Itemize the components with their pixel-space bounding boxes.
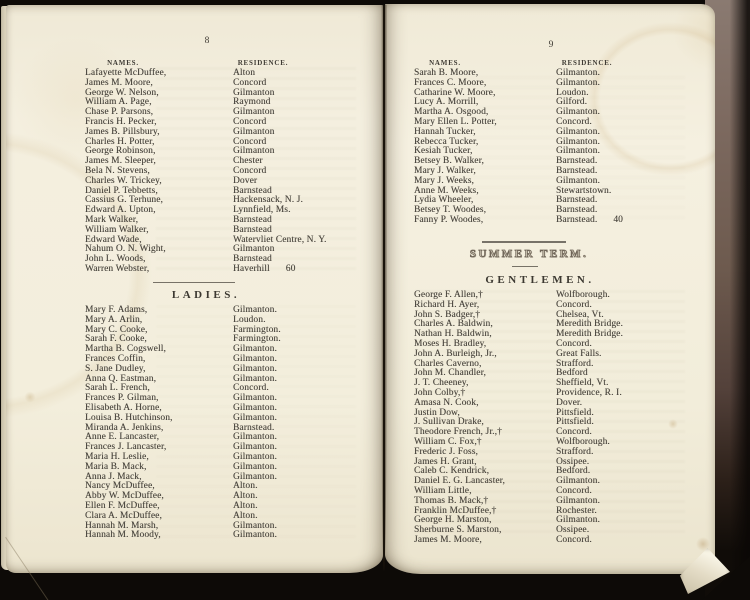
person-name: Mary J. Walker, (414, 166, 556, 176)
list-item: Francis H. Pecker, Concord (85, 117, 383, 127)
person-residence: Barnstead. (556, 205, 597, 215)
list-item: Mark Walker, Barnstead (85, 215, 383, 225)
list-item: Betsey B. Walker, Barnstead. (414, 156, 715, 166)
person-name: Sarah B. Moore, (414, 68, 556, 78)
person-residence: Gilmanton. (233, 472, 277, 482)
person-residence: Barnstead. (556, 156, 597, 166)
person-residence: Gilmanton (233, 88, 274, 98)
list-item: Martha A. Osgood, Gilmanton. (414, 107, 715, 117)
list-item: Frances Coffin, Gilmanton. (85, 354, 383, 364)
person-name: Anna Q. Eastman, (85, 374, 233, 384)
person-name: Nancy McDuffee, (85, 481, 233, 491)
person-residence: Concord (233, 78, 266, 88)
person-residence: Meredith Bridge. (556, 329, 623, 339)
list-item: Hannah M. Moody, Gilmanton. (85, 530, 383, 540)
list-item: Anna Q. Eastman, Gilmanton. (85, 374, 383, 384)
person-residence: Loudon. (233, 315, 266, 325)
list-item: John A. Burleigh, Jr., Great Falls. (414, 349, 715, 359)
list-item: Daniel E. G. Lancaster, Gilmanton. (414, 476, 715, 486)
person-name: Frances Coffin, (85, 354, 233, 364)
list-item: Hannah Tucker, Gilmanton. (414, 127, 715, 137)
person-name: Martha B. Cogswell, (85, 344, 233, 354)
person-residence: Rochester. (556, 506, 597, 516)
person-residence: Ossipee. (556, 457, 589, 467)
list-item: Edward A. Upton, Lynnfield, Ms. (85, 205, 383, 215)
person-name: Charles W. Trickey, (85, 176, 233, 186)
column-header-names: NAMES. (403, 59, 487, 67)
count-note: 40 (613, 215, 623, 225)
person-name: James B. Pillsbury, (85, 127, 233, 137)
list-item: Louisa B. Hutchinson, Gilmanton. (85, 413, 383, 423)
list-item: James M. Moore, Concord (85, 78, 383, 88)
list-item: Frances J. Lancaster, Gilmanton. (85, 442, 383, 452)
person-name: James M. Moore, (85, 78, 233, 88)
person-name: Miranda A. Jenkins, (85, 423, 233, 433)
page-number: 8 (187, 36, 227, 46)
list-item: Amasa N. Cook, Dover. (414, 398, 715, 408)
divider-rule (512, 266, 538, 267)
person-name: Edward Wade, (85, 235, 233, 245)
summer-term-heading: SUMMER TERM. (429, 248, 629, 260)
list-item: Betsey T. Woodes, Barnstead. (414, 205, 715, 215)
list-item: Theodore French, Jr.,† Concord. (414, 427, 715, 437)
person-name: Catharine W. Moore, (414, 88, 556, 98)
person-name: George F. Allen,† (414, 290, 556, 300)
person-residence: Barnstead (233, 225, 272, 235)
list-item: Frances C. Moore, Gilmanton. (414, 78, 715, 88)
person-name: Caleb C. Kendrick, (414, 466, 556, 476)
person-residence: Gilmanton. (233, 374, 277, 384)
person-name: Elisabeth A. Horne, (85, 403, 233, 413)
list-item: Fanny P. Woodes, Barnstead. 40 (414, 215, 715, 225)
person-residence: Wolfborough. (556, 290, 610, 300)
list-item: Richard H. Ayer, Concord. (414, 300, 715, 310)
list-item: Anne M. Weeks, Stewartstown. (414, 186, 715, 196)
person-name: Frances J. Lancaster, (85, 442, 233, 452)
page-number: 9 (531, 40, 571, 50)
person-name: Charles A. Baldwin, (414, 319, 556, 329)
gentlemen-heading: GENTLEMEN. (440, 274, 640, 286)
person-name: Anne E. Lancaster, (85, 432, 233, 442)
list-item: Thomas B. Mack,† Gilmanton. (414, 496, 715, 506)
person-residence: Concord (233, 137, 266, 147)
person-name: Daniel P. Tebbetts, (85, 186, 233, 196)
person-name: Nathan H. Baldwin, (414, 329, 556, 339)
person-residence: Gilmanton. (556, 68, 600, 78)
book-gutter (381, 5, 387, 571)
person-residence: Gilmanton. (233, 364, 277, 374)
person-name: James M. Moore, (414, 535, 556, 545)
list-item: George W. Nelson, Gilmanton (85, 88, 383, 98)
person-name: John M. Chandler, (414, 368, 556, 378)
person-residence: Farmington. (233, 334, 281, 344)
person-name: Hannah M. Marsh, (85, 521, 233, 531)
person-residence: Great Falls. (556, 349, 602, 359)
ladies-heading: LADIES. (101, 289, 311, 301)
person-residence: Gilmanton. (556, 137, 600, 147)
list-item: James H. Grant, Ossipee. (414, 457, 715, 467)
person-residence: Concord. (556, 117, 592, 127)
list-item: William Little, Concord. (414, 486, 715, 496)
list-item: Justin Dow, Pittsfield. (414, 408, 715, 418)
list-item: John S. Badger,† Chelsea, Vt. (414, 310, 715, 320)
person-residence: Gilmanton. (233, 442, 277, 452)
list-item: Mary Ellen L. Potter, Concord. (414, 117, 715, 127)
list-item: Mary F. Adams, Gilmanton. (85, 305, 383, 315)
person-name: Mary F. Adams, (85, 305, 233, 315)
person-residence: Gilmanton. (233, 305, 277, 315)
person-name: Lydia Wheeler, (414, 195, 556, 205)
person-name: Sarah F. Cooke, (85, 334, 233, 344)
person-name: Lafayette McDuffee, (85, 68, 233, 78)
person-name: Lucy A. Morrill, (414, 97, 556, 107)
person-name: Mary Ellen L. Potter, (414, 117, 556, 127)
list-item: James M. Sleeper, Chester (85, 156, 383, 166)
list-item: Chase P. Parsons, Gilmanton (85, 107, 383, 117)
list-item: George F. Allen,† Wolfborough. (414, 290, 715, 300)
person-name: Frances P. Gilman, (85, 393, 233, 403)
list-item: George H. Marston, Gilmanton. (414, 515, 715, 525)
person-name: Mark Walker, (85, 215, 233, 225)
list-item: Sarah L. French, Concord. (85, 383, 383, 393)
person-name: Mary A. Arlin, (85, 315, 233, 325)
ladies-list: Mary F. Adams, Gilmanton. Mary A. Arlin,… (6, 305, 383, 540)
person-name: John S. Badger,† (414, 310, 556, 320)
person-name: Sarah L. French, (85, 383, 233, 393)
person-name: Moses H. Bradley, (414, 339, 556, 349)
list-item: Maria H. Leslie, Gilmanton. (85, 452, 383, 462)
list-item: Nathan H. Baldwin, Meredith Bridge. (414, 329, 715, 339)
person-name: William A. Page, (85, 97, 233, 107)
person-residence: Gilmanton. (233, 344, 277, 354)
person-name: Amasa N. Cook, (414, 398, 556, 408)
list-item: James B. Pillsbury, Gilmanton (85, 127, 383, 137)
person-name: George Robinson, (85, 146, 233, 156)
person-residence: Strafford. (556, 447, 594, 457)
gentlemen-list: George F. Allen,† Wolfborough. Richard H… (385, 290, 715, 545)
person-residence: Gilford. (556, 97, 587, 107)
person-name: Mary J. Weeks, (414, 176, 556, 186)
person-residence: Gilmanton (233, 244, 274, 254)
list-item: Moses H. Bradley, Concord. (414, 339, 715, 349)
person-residence: Concord. (556, 427, 592, 437)
person-residence: Pittsfield. (556, 417, 594, 427)
person-residence: Alton. (233, 481, 258, 491)
list-item: Lucy A. Morrill, Gilford. (414, 97, 715, 107)
person-name: Louisa B. Hutchinson, (85, 413, 233, 423)
list-item: Sarah B. Moore, Gilmanton. (414, 68, 715, 78)
person-residence: Gilmanton. (233, 530, 277, 540)
person-name: Maria B. Mack, (85, 462, 233, 472)
person-residence: Gilmanton. (233, 452, 277, 462)
list-item: Miranda A. Jenkins, Barnstead. (85, 423, 383, 433)
list-item: Charles Caverno, Strafford. (414, 359, 715, 369)
person-residence: Alton. (233, 491, 258, 501)
list-item: Mary C. Cooke, Farmington. (85, 325, 383, 335)
person-residence: Concord. (556, 535, 592, 545)
person-residence: Farmington. (233, 325, 281, 335)
person-name: Kesiah Tucker, (414, 146, 556, 156)
left-page: 8 NAMES. RESIDENCE. Lafayette McDuffee, … (6, 5, 383, 573)
list-item: John L. Woods, Barnstead (85, 254, 383, 264)
person-residence: Alton (233, 68, 255, 78)
person-residence: Dover (233, 176, 257, 186)
person-name: Betsey B. Walker, (414, 156, 556, 166)
person-residence: Gilmanton. (233, 462, 277, 472)
list-item: Lydia Wheeler, Barnstead. (414, 195, 715, 205)
person-name: Charles H. Potter, (85, 137, 233, 147)
person-name: Bela N. Stevens, (85, 166, 233, 176)
list-item: Rebecca Tucker, Gilmanton. (414, 137, 715, 147)
person-name: Mary C. Cooke, (85, 325, 233, 335)
person-residence: Alton. (233, 501, 258, 511)
person-residence: Lynnfield, Ms. (233, 205, 291, 215)
count-note: 60 (286, 264, 296, 274)
person-residence: Alton. (233, 511, 258, 521)
list-item: William A. Page, Raymond (85, 97, 383, 107)
person-name: Thomas B. Mack,† (414, 496, 556, 506)
person-residence: Gilmanton. (233, 403, 277, 413)
person-residence: Gilmanton. (556, 496, 600, 506)
person-residence: Barnstead (233, 215, 272, 225)
person-name: Sherburne S. Marston, (414, 525, 556, 535)
person-name: Frederic J. Foss, (414, 447, 556, 457)
person-name: Hannah Tucker, (414, 127, 556, 137)
person-residence: Gilmanton (233, 127, 274, 137)
list-item: James M. Moore, Concord. (414, 535, 715, 545)
column-header-names: NAMES. (81, 59, 165, 67)
person-residence: Barnstead (233, 254, 272, 264)
person-name: Maria H. Leslie, (85, 452, 233, 462)
person-residence: Concord. (233, 383, 269, 393)
list-item: Kesiah Tucker, Gilmanton. (414, 146, 715, 156)
person-name: J. Sullivan Drake, (414, 417, 556, 427)
list-item: John Colby,† Providence, R. I. (414, 388, 715, 398)
list-item: Hannah M. Marsh, Gilmanton. (85, 521, 383, 531)
column-header-residence: RESIDENCE. (216, 59, 310, 67)
list-item: Bela N. Stevens, Concord (85, 166, 383, 176)
list-item: Daniel P. Tebbetts, Barnstead (85, 186, 383, 196)
person-residence: Sheffield, Vt. (556, 378, 609, 388)
person-residence: Haverhill (233, 264, 270, 274)
list-item: Martha B. Cogswell, Gilmanton. (85, 344, 383, 354)
person-residence: Concord (233, 117, 266, 127)
book-scan: 8 NAMES. RESIDENCE. Lafayette McDuffee, … (0, 0, 750, 600)
person-residence: Barnstead. (556, 166, 597, 176)
person-residence: Barnstead. (233, 423, 274, 433)
person-residence: Barnstead. (556, 215, 597, 225)
person-residence: Watervliet Centre, N. Y. (233, 235, 326, 245)
person-name: Edward A. Upton, (85, 205, 233, 215)
person-name: Betsey T. Woodes, (414, 205, 556, 215)
list-item: Catharine W. Moore, Loudon. (414, 88, 715, 98)
person-residence: Wolfborough. (556, 437, 610, 447)
person-residence: Loudon. (556, 88, 589, 98)
divider-rule (153, 282, 235, 283)
person-residence: Hackensack, N. J. (233, 195, 303, 205)
list-item: Anne E. Lancaster, Gilmanton. (85, 432, 383, 442)
person-residence: Concord (233, 166, 266, 176)
person-name: Clara A. McDuffee, (85, 511, 233, 521)
person-name: Franklin McDuffee,† (414, 506, 556, 516)
person-name: John A. Burleigh, Jr., (414, 349, 556, 359)
person-residence: Dover. (556, 398, 582, 408)
person-name: Richard H. Ayer, (414, 300, 556, 310)
column-header-residence: RESIDENCE. (540, 59, 634, 67)
person-residence: Strafford. (556, 359, 594, 369)
person-name: Charles Caverno, (414, 359, 556, 369)
list-item: Sarah F. Cooke, Farmington. (85, 334, 383, 344)
person-residence: Bedford. (556, 466, 590, 476)
person-name: Abby W. McDuffee, (85, 491, 233, 501)
person-residence: Gilmanton. (556, 476, 600, 486)
person-residence: Pittsfield. (556, 408, 594, 418)
person-residence: Gilmanton. (556, 176, 600, 186)
person-residence: Concord. (556, 300, 592, 310)
list-item: William C. Fox,† Wolfborough. (414, 437, 715, 447)
list-item: Maria B. Mack, Gilmanton. (85, 462, 383, 472)
list-item: Edward Wade, Watervliet Centre, N. Y. (85, 235, 383, 245)
person-residence: Stewartstown. (556, 186, 611, 196)
person-name: Justin Dow, (414, 408, 556, 418)
list-item: William Walker, Barnstead (85, 225, 383, 235)
list-item: Lafayette McDuffee, Alton (85, 68, 383, 78)
ladies-continued-list: Sarah B. Moore, Gilmanton. Frances C. Mo… (385, 68, 715, 225)
person-residence: Barnstead (233, 186, 272, 196)
list-item: J. T. Cheeney, Sheffield, Vt. (414, 378, 715, 388)
person-residence: Gilmanton. (233, 521, 277, 531)
list-item: George Robinson, Gilmanton (85, 146, 383, 156)
person-name: Francis H. Pecker, (85, 117, 233, 127)
list-item: S. Jane Dudley, Gilmanton. (85, 364, 383, 374)
person-residence: Gilmanton. (556, 146, 600, 156)
person-residence: Gilmanton. (233, 413, 277, 423)
list-item: Abby W. McDuffee, Alton. (85, 491, 383, 501)
person-name: William Walker, (85, 225, 233, 235)
list-item: Mary J. Walker, Barnstead. (414, 166, 715, 176)
person-name: Warren Webster, (85, 264, 233, 274)
person-residence: Gilmanton (233, 107, 274, 117)
person-name: Chase P. Parsons, (85, 107, 233, 117)
person-name: George H. Marston, (414, 515, 556, 525)
page-fold-crease (5, 537, 49, 600)
person-name: Cassius G. Terhune, (85, 195, 233, 205)
list-item: Caleb C. Kendrick, Bedford. (414, 466, 715, 476)
list-item: Frances P. Gilman, Gilmanton. (85, 393, 383, 403)
list-item: Elisabeth A. Horne, Gilmanton. (85, 403, 383, 413)
list-item: Sherburne S. Marston, Ossipee. (414, 525, 715, 535)
person-residence: Gilmanton. (233, 354, 277, 364)
person-name: James H. Grant, (414, 457, 556, 467)
list-item: Franklin McDuffee,† Rochester. (414, 506, 715, 516)
person-residence: Ossipee. (556, 525, 589, 535)
person-name: William C. Fox,† (414, 437, 556, 447)
person-residence: Chelsea, Vt. (556, 310, 604, 320)
person-name: John L. Woods, (85, 254, 233, 264)
person-name: Ellen F. McDuffee, (85, 501, 233, 511)
person-residence: Gilmanton (233, 146, 274, 156)
list-item: Cassius G. Terhune, Hackensack, N. J. (85, 195, 383, 205)
person-residence: Raymond (233, 97, 271, 107)
person-name: Nahum O. N. Wight, (85, 244, 233, 254)
person-name: James M. Sleeper, (85, 156, 233, 166)
person-name: Anna J. Mack, (85, 472, 233, 482)
list-item: Clara A. McDuffee, Alton. (85, 511, 383, 521)
person-residence: Concord. (556, 339, 592, 349)
person-residence: Gilmanton. (233, 432, 277, 442)
list-item: Charles A. Baldwin, Meredith Bridge. (414, 319, 715, 329)
person-name: Rebecca Tucker, (414, 137, 556, 147)
person-residence: Bedford (556, 368, 588, 378)
list-item: Nahum O. N. Wight, Gilmanton (85, 244, 383, 254)
person-name: J. T. Cheeney, (414, 378, 556, 388)
person-name: Daniel E. G. Lancaster, (414, 476, 556, 486)
list-item: John M. Chandler, Bedford (414, 368, 715, 378)
person-name: George W. Nelson, (85, 88, 233, 98)
list-item: Mary J. Weeks, Gilmanton. (414, 176, 715, 186)
list-item: Ellen F. McDuffee, Alton. (85, 501, 383, 511)
list-item: Frederic J. Foss, Strafford. (414, 447, 715, 457)
person-name: William Little, (414, 486, 556, 496)
person-residence: Gilmanton. (556, 107, 600, 117)
list-item: Mary A. Arlin, Loudon. (85, 315, 383, 325)
person-residence: Gilmanton. (556, 515, 600, 525)
person-name: S. Jane Dudley, (85, 364, 233, 374)
right-page: 9 NAMES. RESIDENCE. Sarah B. Moore, Gilm… (385, 4, 715, 574)
person-name: Anne M. Weeks, (414, 186, 556, 196)
person-residence: Gilmanton. (556, 127, 600, 137)
person-name: Martha A. Osgood, (414, 107, 556, 117)
names-list: Lafayette McDuffee, Alton James M. Moore… (6, 68, 383, 274)
divider-rule (482, 241, 566, 243)
person-residence: Providence, R. I. (556, 388, 622, 398)
list-item: J. Sullivan Drake, Pittsfield. (414, 417, 715, 427)
list-item: Nancy McDuffee, Alton. (85, 481, 383, 491)
person-residence: Concord. (556, 486, 592, 496)
list-item: Anna J. Mack, Gilmanton. (85, 472, 383, 482)
list-item: Charles H. Potter, Concord (85, 137, 383, 147)
person-residence: Chester (233, 156, 263, 166)
person-residence: Gilmanton. (556, 78, 600, 88)
person-name: Frances C. Moore, (414, 78, 556, 88)
person-name: Fanny P. Woodes, (414, 215, 556, 225)
person-name: Theodore French, Jr.,† (414, 427, 556, 437)
list-item: Charles W. Trickey, Dover (85, 176, 383, 186)
person-name: Hannah M. Moody, (85, 530, 233, 540)
person-residence: Barnstead. (556, 195, 597, 205)
person-name: John Colby,† (414, 388, 556, 398)
person-residence: Meredith Bridge. (556, 319, 623, 329)
person-residence: Gilmanton. (233, 393, 277, 403)
list-item: Warren Webster, Haverhill 60 (85, 264, 383, 274)
